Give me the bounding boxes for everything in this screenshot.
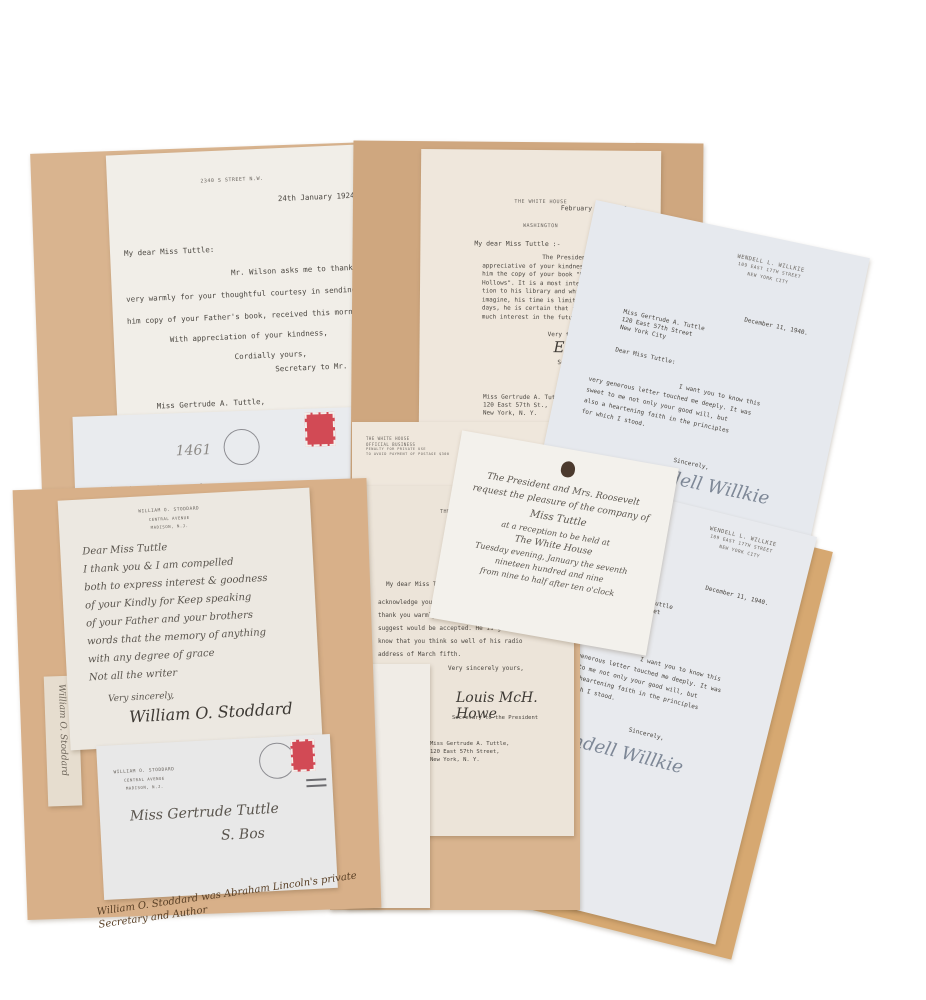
postage-stamp-icon <box>290 739 316 772</box>
salutation: My dear Miss Tuttle :- <box>474 237 560 251</box>
recipient-address: Miss Gertrude A. Tuttle 120 East 57th St… <box>619 308 705 349</box>
pencil-notation: 1461 <box>175 442 211 459</box>
letterhead: WENDELL L. WILLKIE 109 EAST 17TH STREET … <box>733 253 805 291</box>
closing: Sincerely, <box>627 723 665 744</box>
invitation-text: The President and Mrs. Roosevelt request… <box>438 464 673 608</box>
salutation: My dear Miss Tuttle: <box>124 243 215 260</box>
closing: Very sincerely, <box>108 691 175 704</box>
envelope-recipient: Miss Gertrude Tuttle <box>129 801 279 825</box>
invitation-card: The President and Mrs. Roosevelt request… <box>429 430 679 655</box>
envelope-recipient-city: S. Bos <box>221 826 266 844</box>
photo-scene: 2340 S STREET N.W. 24th January 1924 My … <box>0 0 926 1000</box>
cancellation-bars <box>306 778 326 781</box>
body-line: With appreciation of your kindness, <box>170 326 328 346</box>
salutation: Dear Miss Tuttle: <box>614 343 677 368</box>
presidential-seal-icon <box>560 460 577 478</box>
body-line: Mr. Wilson asks me to thank you <box>231 260 368 279</box>
recipient-address: Miss Gertrude A. Tuttle, 120 East 57th S… <box>430 740 509 764</box>
signature: William O. Stoddard <box>129 699 293 727</box>
postage-stamp-icon <box>304 412 335 447</box>
letter-date: 24th January 1924 <box>278 189 355 205</box>
envelope-stoddard: WILLIAM O. STODDARD CENTRAL AVENUE MADIS… <box>96 734 338 900</box>
letter-date: December 11, 1940. <box>743 314 809 340</box>
letterhead: 2340 S STREET N.W. <box>107 171 357 190</box>
letter-date: December 11, 1940. <box>704 582 770 610</box>
body-line: him copy of your Father's book, received… <box>127 304 368 328</box>
body-line: very warmly for your thoughtful courtesy… <box>126 283 357 306</box>
cancellation-bars <box>306 784 326 787</box>
handwritten-body: Dear Miss Tuttle I thank you & I am comp… <box>82 534 273 687</box>
postmark-icon <box>223 428 260 465</box>
letter-stoddard: WILLIAM O. STODDARD CENTRAL AVENUE MADIS… <box>58 488 323 751</box>
envelope-return-address: WILLIAM O. STODDARD CENTRAL AVENUE MADIS… <box>113 766 175 793</box>
letterhead: WILLIAM O. STODDARD CENTRAL AVENUE MADIS… <box>138 505 200 532</box>
letter-wilson: 2340 S STREET N.W. 24th January 1924 My … <box>106 145 368 446</box>
signature-title: Secretary to the President <box>452 712 538 725</box>
letterhead: WENDELL L. WILLKIE 109 EAST 17TH STREET … <box>705 525 777 565</box>
envelope-return-address: THE WHITE HOUSE OFFICIAL BUSINESS PENALT… <box>366 436 449 457</box>
closing: Very sincerely yours, <box>448 662 524 675</box>
letter-body: I want you to know this very generous le… <box>581 363 762 453</box>
